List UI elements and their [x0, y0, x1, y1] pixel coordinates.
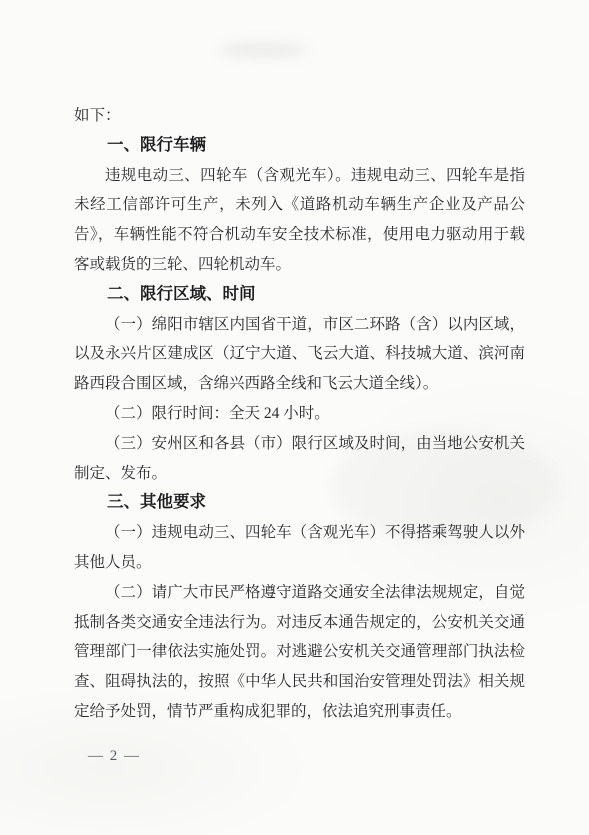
document-body: 如下： 一、限行车辆 违规电动三、四轮车（含观光车）。违规电动三、四轮车是指未经…: [74, 101, 525, 727]
scan-artifact: [218, 42, 308, 58]
section-2-paragraph-2: （二）限行时间：全天 24 小时。: [74, 399, 525, 429]
page-number: — 2 —: [88, 745, 141, 767]
scanned-document-page: 如下： 一、限行车辆 违规电动三、四轮车（含观光车）。违规电动三、四轮车是指未经…: [0, 0, 589, 835]
section-3-paragraph-1: （一）违规电动三、四轮车（含观光车）不得搭乘驾驶人以外其他人员。: [74, 518, 525, 578]
section-2-paragraph-1: （一）绵阳市辖区内国省干道，市区二环路（含）以内区域，以及永兴片区建成区（辽宁大…: [74, 310, 525, 399]
section-1-heading: 一、限行车辆: [74, 131, 525, 161]
section-2-paragraph-3: （三）安州区和各县（市）限行区域及时间，由当地公安机关制定、发布。: [74, 429, 525, 489]
section-3-heading: 三、其他要求: [74, 488, 525, 518]
section-2-heading: 二、限行区域、时间: [74, 280, 525, 310]
section-1-paragraph-1: 违规电动三、四轮车（含观光车）。违规电动三、四轮车是指未经工信部许可生产，未列入…: [74, 161, 525, 280]
section-3-paragraph-2: （二）请广大市民严格遵守道路交通安全法律法规规定，自觉抵制各类交通安全违法行为。…: [74, 578, 525, 727]
continuation-line: 如下：: [74, 101, 525, 131]
